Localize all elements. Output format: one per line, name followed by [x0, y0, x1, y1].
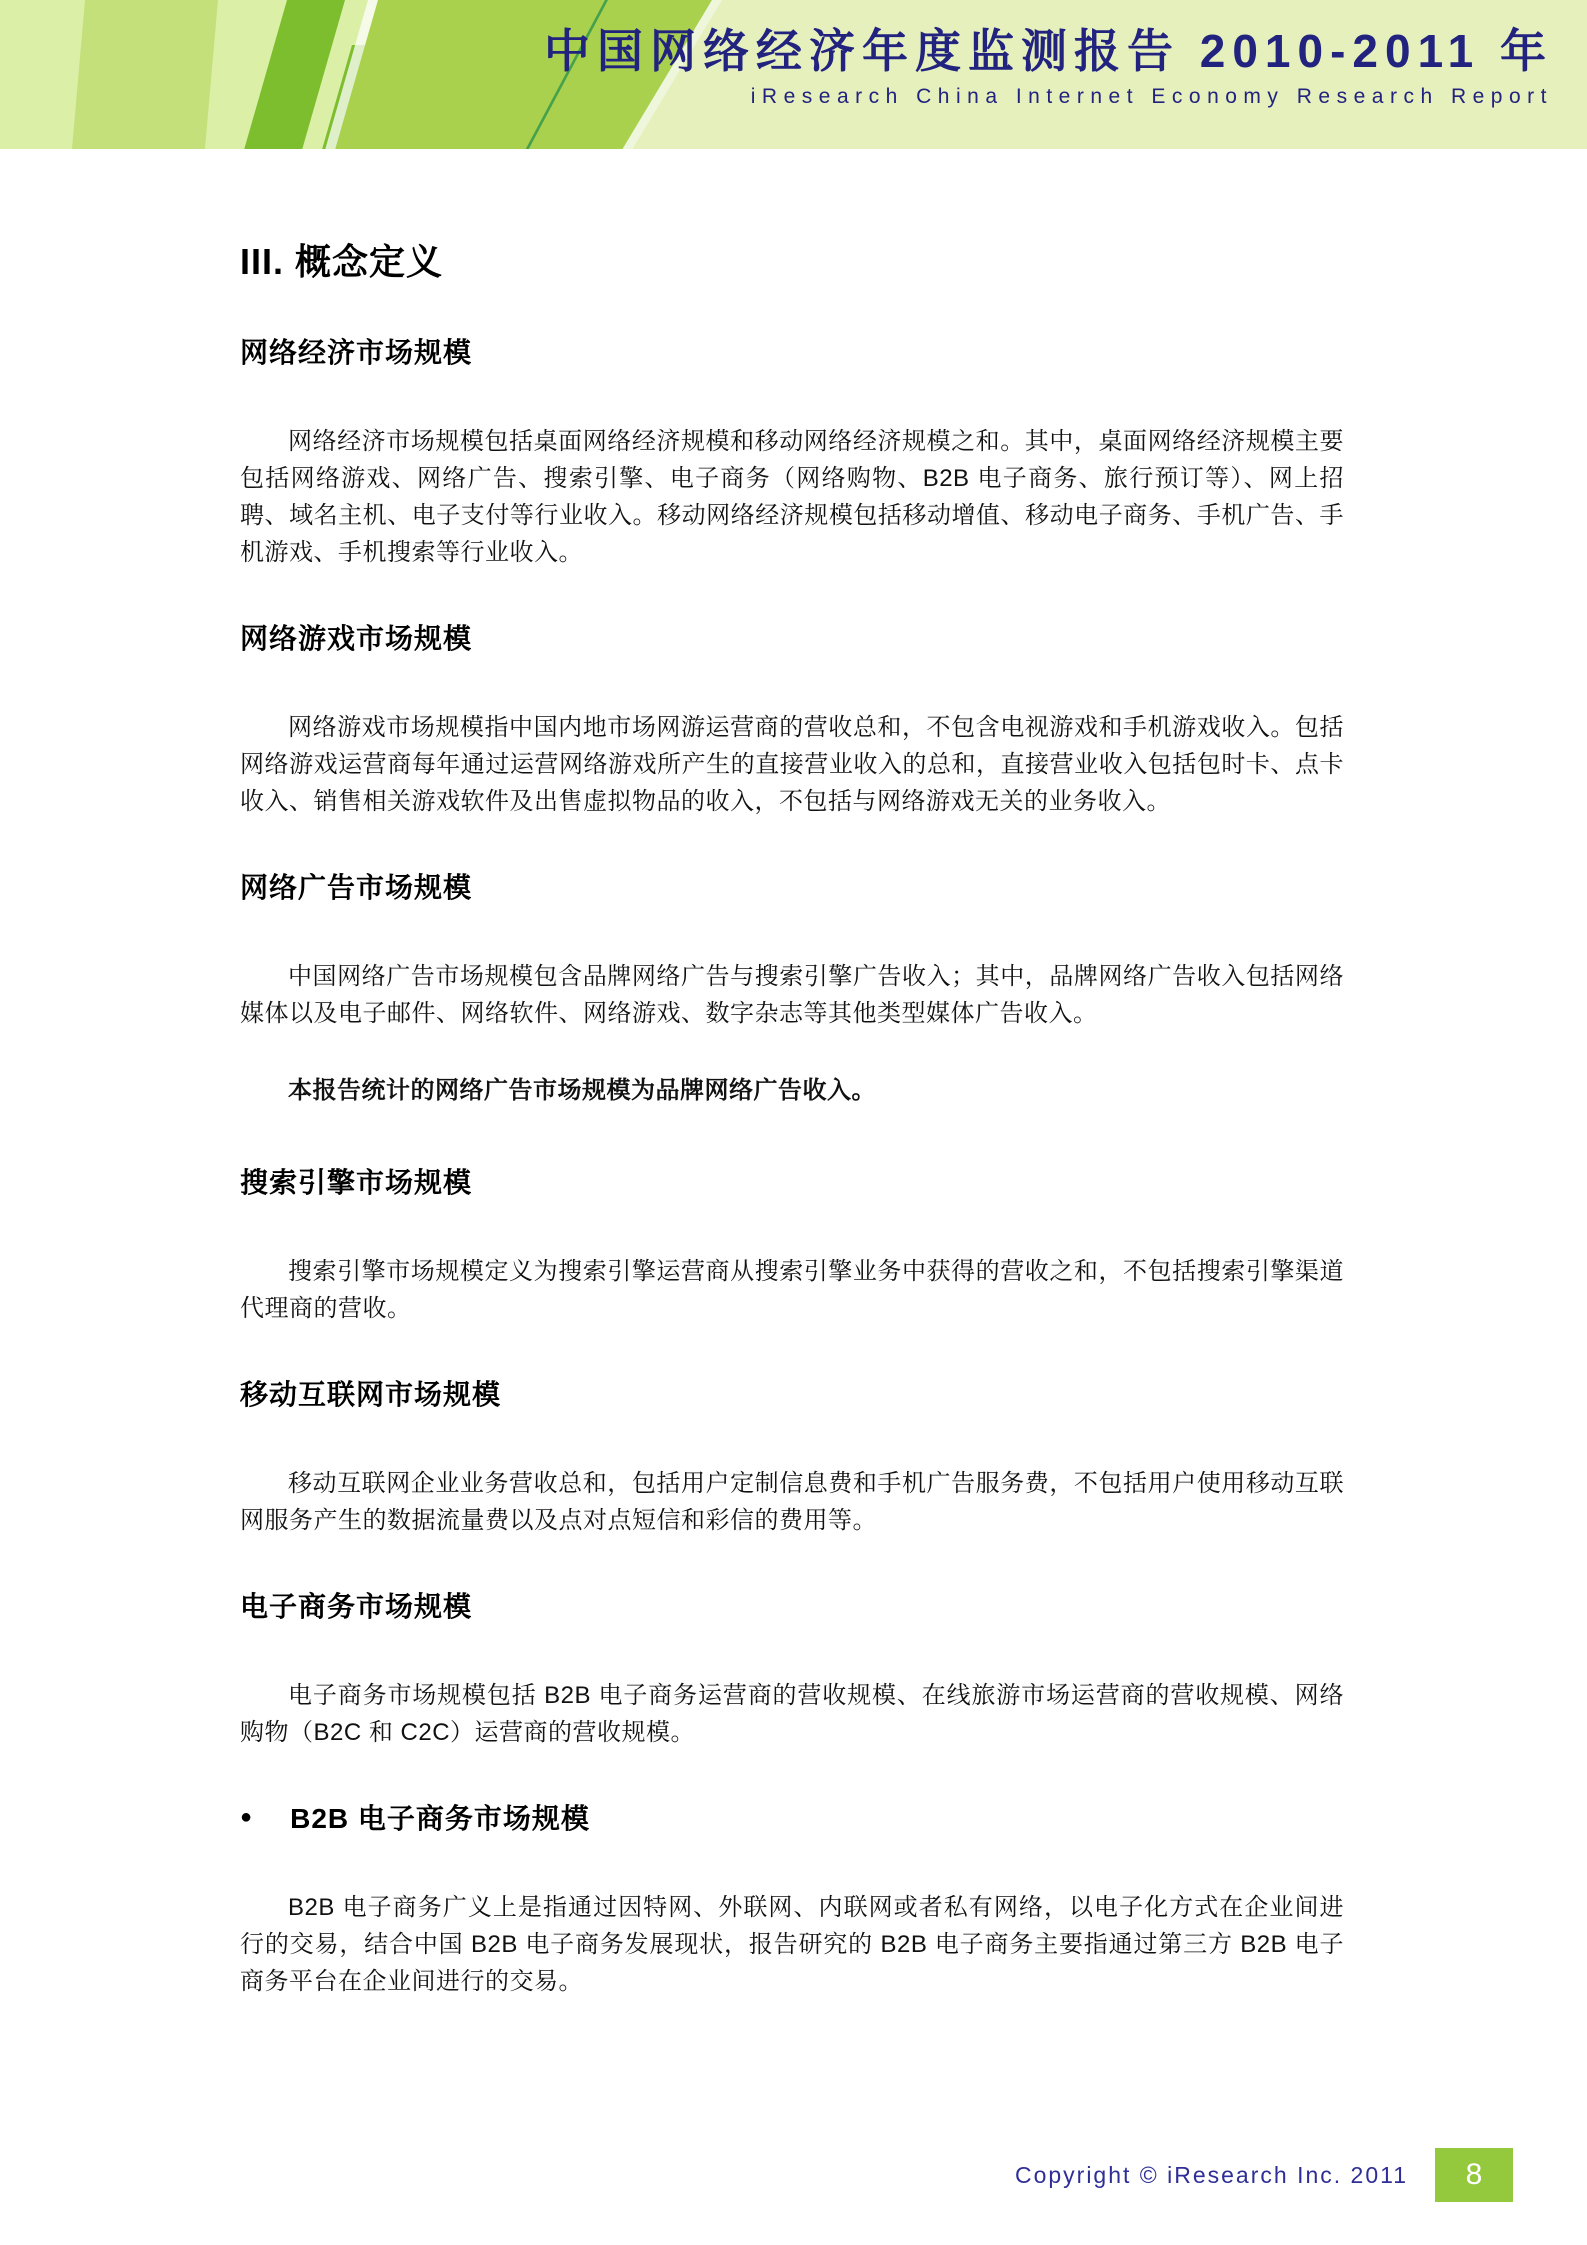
section-b2b-ecommerce: ● B2B 电子商务市场规模 B2B 电子商务广义上是指通过因特网、外联网、内联… — [240, 1797, 1344, 2000]
header-stripe — [72, 0, 218, 149]
section-online-game: 网络游戏市场规模 网络游戏市场规模指中国内地市场网游运营商的营收总和，不包含电视… — [240, 617, 1344, 820]
header-titles: 中国网络经济年度监测报告 2010-2011 年 iResearch China… — [544, 26, 1553, 109]
section-mobile-internet: 移动互联网市场规模 移动互联网企业业务营收总和，包括用户定制信息费和手机广告服务… — [240, 1373, 1344, 1539]
document-content: III. 概念定义 网络经济市场规模 网络经济市场规模包括桌面网络经济规模和移动… — [0, 149, 1587, 2000]
section-heading: 网络广告市场规模 — [240, 866, 1344, 906]
body-paragraph: 网络游戏市场规模指中国内地市场网游运营商的营收总和，不包含电视游戏和手机游戏收入… — [240, 709, 1344, 820]
page-footer: Copyright © iResearch Inc. 2011 8 — [1015, 2148, 1513, 2202]
section-search-engine: 搜索引擎市场规模 搜索引擎市场规模定义为搜索引擎运营商从搜索引擎业务中获得的营收… — [240, 1161, 1344, 1327]
section-heading: 电子商务市场规模 — [240, 1585, 1344, 1625]
section-ecommerce: 电子商务市场规模 电子商务市场规模包括 B2B 电子商务运营商的营收规模、在线旅… — [240, 1585, 1344, 1751]
copyright-text: Copyright © iResearch Inc. 2011 — [1015, 2162, 1408, 2189]
section-heading: 网络游戏市场规模 — [240, 617, 1344, 657]
section-online-advertising: 网络广告市场规模 中国网络广告市场规模包含品牌网络广告与搜索引擎广告收入；其中，… — [240, 866, 1344, 1109]
report-page: 中国网络经济年度监测报告 2010-2011 年 iResearch China… — [0, 0, 1587, 2245]
body-paragraph: B2B 电子商务广义上是指通过因特网、外联网、内联网或者私有网络，以电子化方式在… — [240, 1889, 1344, 2000]
body-paragraph: 网络经济市场规模包括桌面网络经济规模和移动网络经济规模之和。其中，桌面网络经济规… — [240, 423, 1344, 571]
section-heading: 网络经济市场规模 — [240, 331, 1344, 371]
bold-note-paragraph: 本报告统计的网络广告市场规模为品牌网络广告收入。 — [240, 1072, 1344, 1109]
report-subtitle: iResearch China Internet Economy Researc… — [544, 85, 1553, 109]
section-title: III. 概念定义 — [240, 234, 1344, 285]
report-title: 中国网络经济年度监测报告 2010-2011 年 — [544, 26, 1553, 77]
body-paragraph: 移动互联网企业业务营收总和，包括用户定制信息费和手机广告服务费，不包括用户使用移… — [240, 1465, 1344, 1539]
body-paragraph: 电子商务市场规模包括 B2B 电子商务运营商的营收规模、在线旅游市场运营商的营收… — [240, 1677, 1344, 1751]
section-network-economy: 网络经济市场规模 网络经济市场规模包括桌面网络经济规模和移动网络经济规模之和。其… — [240, 331, 1344, 571]
body-paragraph: 搜索引擎市场规模定义为搜索引擎运营商从搜索引擎业务中获得的营收之和，不包括搜索引… — [240, 1253, 1344, 1327]
page-number-badge: 8 — [1435, 2148, 1513, 2202]
section-heading: B2B 电子商务市场规模 — [290, 1797, 590, 1837]
bullet-icon: ● — [240, 1807, 252, 1827]
section-heading: 搜索引擎市场规模 — [240, 1161, 1344, 1201]
section-heading: 移动互联网市场规模 — [240, 1373, 1344, 1413]
body-paragraph: 中国网络广告市场规模包含品牌网络广告与搜索引擎广告收入；其中，品牌网络广告收入包… — [240, 958, 1344, 1032]
page-header: 中国网络经济年度监测报告 2010-2011 年 iResearch China… — [0, 0, 1587, 149]
bullet-heading: ● B2B 电子商务市场规模 — [240, 1797, 1344, 1837]
